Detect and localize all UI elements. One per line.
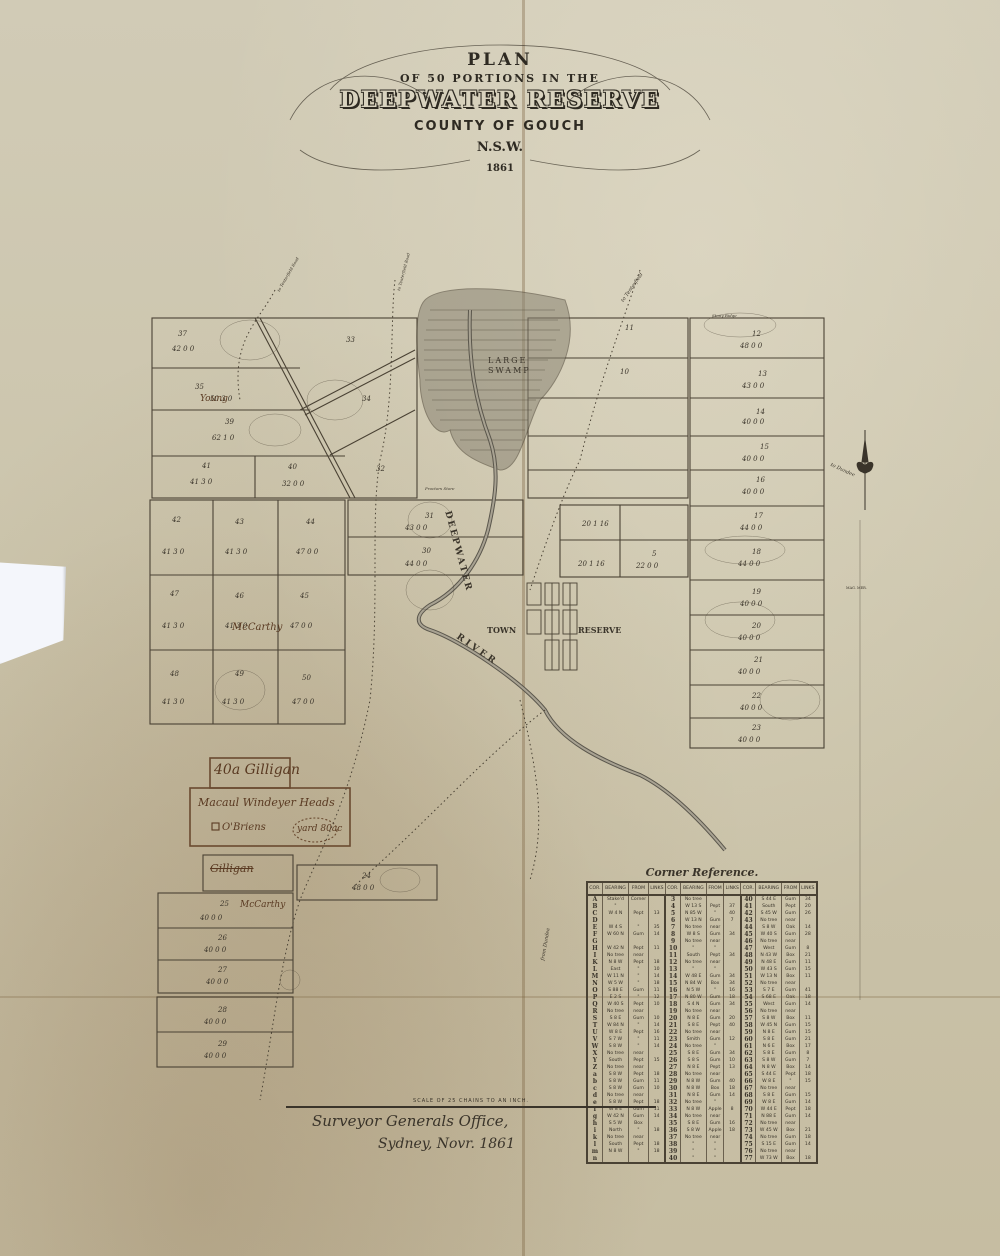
corner-id-cell: 30 <box>665 1085 680 1092</box>
table-cell: N 8 W <box>602 959 628 966</box>
table-cell: Pept <box>629 1071 649 1078</box>
table-row: n40""77W 73 WBox18 <box>587 1155 817 1163</box>
table-cell: Pept <box>706 1022 723 1029</box>
table-cell: 37 <box>724 903 741 910</box>
table-row: iNorth"1836S 8 WApple1873W 45 WBox21 <box>587 1127 817 1134</box>
table-cell: No tree <box>680 924 706 931</box>
table-cell: 7 <box>724 917 741 924</box>
table-cell: Gum <box>782 966 799 973</box>
table-cell <box>629 1155 649 1163</box>
table-row: EW 4 S"357No treenear44S 8 WOak14 <box>587 924 817 931</box>
table-cell <box>724 1155 741 1163</box>
table-cell: 14 <box>724 1092 741 1099</box>
portion-17-number: 17 <box>754 512 763 520</box>
table-cell: N 85 W <box>680 910 706 917</box>
corner-id-cell: U <box>587 1029 602 1036</box>
portion-18-area: 44 0 0 <box>738 560 760 568</box>
corner-id-cell: A <box>587 895 602 903</box>
corner-id-cell: 69 <box>741 1099 756 1106</box>
table-cell: W 73 W <box>756 1155 782 1163</box>
table-cell: " <box>629 924 649 931</box>
table-cell: Gum <box>706 1001 723 1008</box>
table-cell: Pept <box>629 910 649 917</box>
table-cell: No tree <box>680 895 706 903</box>
corner-id-cell: V <box>587 1036 602 1043</box>
table-cell: Gum <box>629 1113 649 1120</box>
portion-24-number: 24 <box>362 872 371 880</box>
table-row: aS 8 WPept1828No treenear65S 44 EPept18 <box>587 1071 817 1078</box>
portion-49-area: 41 3 0 <box>222 698 244 706</box>
proctors-store-label: Proctors Store <box>425 486 455 491</box>
column-header: BEARING <box>680 882 706 895</box>
portion-42-number: 42 <box>172 516 181 524</box>
table-cell <box>724 959 741 966</box>
corner-id-cell: Y <box>587 1057 602 1064</box>
table-cell: Pept <box>629 945 649 952</box>
table-cell: near <box>706 1071 723 1078</box>
portion-47-number: 47 <box>170 590 179 598</box>
table-cell: N 6 E <box>756 1043 782 1050</box>
table-cell: Gum <box>782 1036 799 1043</box>
table-cell: No tree <box>602 1134 628 1141</box>
table-cell <box>706 895 723 903</box>
corner-id-cell: 55 <box>741 1001 756 1008</box>
table-cell: No tree <box>602 1008 628 1015</box>
table-cell: S 68 E <box>756 994 782 1001</box>
table-cell: 35 <box>648 924 665 931</box>
portion-27-number: 27 <box>218 966 227 974</box>
table-cell: 14 <box>648 973 665 980</box>
table-cell: 18 <box>648 980 665 987</box>
corner-id-cell: 68 <box>741 1092 756 1099</box>
young-annotation: Young <box>200 394 228 404</box>
table-cell <box>724 1148 741 1155</box>
corner-id-cell: 62 <box>741 1050 756 1057</box>
portion-37-number: 37 <box>178 330 187 338</box>
table-cell: 15 <box>799 1092 817 1099</box>
table-cell: 11 <box>799 1015 817 1022</box>
table-cell: 17 <box>799 1043 817 1050</box>
portion-14-area: 40 0 0 <box>742 418 764 426</box>
table-cell: " <box>629 1148 649 1155</box>
table-cell: Box <box>629 1120 649 1127</box>
table-cell <box>629 903 649 910</box>
table-cell: " <box>680 1148 706 1155</box>
table-cell <box>648 895 665 903</box>
table-cell: W 43 S <box>756 966 782 973</box>
table-cell: 34 <box>724 1050 741 1057</box>
corner-id-cell: X <box>587 1050 602 1057</box>
corner-id-cell: O <box>587 987 602 994</box>
table-cell: near <box>782 1085 799 1092</box>
portion-5-number: 5 <box>652 550 656 558</box>
column-header: FROM <box>706 882 723 895</box>
table-cell: 20 <box>799 903 817 910</box>
table-row: UW 8 EPept1622No treenear59N 8 EGum15 <box>587 1029 817 1036</box>
corner-id-cell: i <box>587 1127 602 1134</box>
table-cell: 18 <box>648 1148 665 1155</box>
corner-id-cell: N <box>587 980 602 987</box>
table-cell: No tree <box>602 952 628 959</box>
portion-47-area: 41 3 0 <box>162 622 184 630</box>
table-cell: 18 <box>648 1141 665 1148</box>
table-cell: N 8 W <box>680 1078 706 1085</box>
table-cell: No tree <box>680 1043 706 1050</box>
table-cell <box>724 938 741 945</box>
table-cell: 40 <box>724 1022 741 1029</box>
column-header: LINKS <box>724 882 741 895</box>
corner-id-cell: 16 <box>665 987 680 994</box>
table-cell <box>724 924 741 931</box>
portion-29-area: 40 0 0 <box>204 1052 226 1060</box>
table-cell <box>724 1141 741 1148</box>
corner-id-cell: 31 <box>665 1092 680 1099</box>
table-cell: Gum <box>629 1015 649 1022</box>
table-cell: " <box>706 987 723 994</box>
table-row: RNo treenear19No treenear56No treenear <box>587 1008 817 1015</box>
table-cell: 15 <box>799 1078 817 1085</box>
table-row: PE 2 S"1217N 80 WGum1854S 68 EOak18 <box>587 994 817 1001</box>
table-cell: near <box>706 959 723 966</box>
table-cell: " <box>706 1099 723 1106</box>
table-cell: No tree <box>756 938 782 945</box>
table-cell: 11 <box>799 973 817 980</box>
portion-22-number: 22 <box>752 692 761 700</box>
portion-40-number: 40 <box>288 463 297 471</box>
table-cell: 10 <box>648 1001 665 1008</box>
corner-id-cell: 8 <box>665 931 680 938</box>
table-cell: S 8 E <box>602 1015 628 1022</box>
portion-20-number: 20 <box>752 622 761 630</box>
gilligan-annotation: 40a Gilligan <box>214 762 300 778</box>
table-cell: 34 <box>724 980 741 987</box>
portion-11-number: 11 <box>625 324 634 332</box>
table-cell: Pept <box>706 903 723 910</box>
table-cell: " <box>706 1141 723 1148</box>
portion-27-area: 40 0 0 <box>206 978 228 986</box>
stony-ridge-label: Stony Ridge <box>712 313 737 318</box>
mccarthy-annotation-2: McCarthy <box>240 900 285 910</box>
table-cell: Gum <box>706 1036 723 1043</box>
corner-id-cell: 32 <box>665 1099 680 1106</box>
table-cell: Gum <box>706 1057 723 1064</box>
table-cell: " <box>629 1043 649 1050</box>
corner-id-cell: 26 <box>665 1057 680 1064</box>
portion-46-number: 46 <box>235 592 244 600</box>
table-row: lSouthPept1838""75S 15 EGum14 <box>587 1141 817 1148</box>
portion-41-number: 41 <box>202 462 211 470</box>
scale-label: SCALE OF 25 CHAINS TO AN INCH. <box>286 1098 656 1104</box>
table-cell: 12 <box>648 994 665 1001</box>
table-row: G9No treenear46No treenear <box>587 938 817 945</box>
column-header: FROM <box>782 882 799 895</box>
table-cell: Pept <box>706 952 723 959</box>
table-cell: S 8 W <box>602 1071 628 1078</box>
table-cell <box>799 1085 817 1092</box>
table-cell: W 4 S <box>602 924 628 931</box>
table-cell: 10 <box>648 966 665 973</box>
table-cell <box>799 1008 817 1015</box>
table-cell: 14 <box>648 931 665 938</box>
corner-id-cell: K <box>587 959 602 966</box>
table-cell: No tree <box>756 917 782 924</box>
table-cell: 14 <box>799 1001 817 1008</box>
table-cell: Gum <box>782 910 799 917</box>
table-row: ZNo treenear27N 8 EPept1364N 8 WBox14 <box>587 1064 817 1071</box>
table-cell: Pept <box>782 903 799 910</box>
table-row: YSouthPept1526S 8 SGum1063S 8 WGum7 <box>587 1057 817 1064</box>
table-cell: 14 <box>648 1022 665 1029</box>
table-cell: No tree <box>680 938 706 945</box>
yard-annotation: yard 80ac <box>297 824 342 834</box>
corner-id-cell: 28 <box>665 1071 680 1078</box>
table-cell: 11 <box>648 987 665 994</box>
corner-id-cell: 52 <box>741 980 756 987</box>
table-cell: Gum <box>782 945 799 952</box>
corner-id-cell: 42 <box>741 910 756 917</box>
table-cell: Gum <box>629 1078 649 1085</box>
table-cell: 14 <box>799 1141 817 1148</box>
table-cell: Gum <box>706 994 723 1001</box>
table-cell: " <box>782 1078 799 1085</box>
corner-id-cell: 21 <box>665 1022 680 1029</box>
table-cell: W 84 N <box>602 1022 628 1029</box>
portion-48-area: 41 3 0 <box>162 698 184 706</box>
table-cell: 14 <box>648 1043 665 1050</box>
column-header: COR. <box>741 882 756 895</box>
table-cell: S 8 W <box>756 1015 782 1022</box>
table-cell: 18 <box>648 959 665 966</box>
table-cell: 14 <box>799 924 817 931</box>
table-cell: 10 <box>724 1057 741 1064</box>
table-cell: W 8 E <box>756 1078 782 1085</box>
table-cell: 21 <box>799 1036 817 1043</box>
portion-23-area: 40 0 0 <box>738 736 760 744</box>
table-cell: 21 <box>799 1127 817 1134</box>
corner-id-cell: 48 <box>741 952 756 959</box>
table-cell: S 8 E <box>756 1036 782 1043</box>
corner-id-cell: 37 <box>665 1134 680 1141</box>
corner-id-cell: F <box>587 931 602 938</box>
portion-43-area: 41 3 0 <box>225 548 247 556</box>
table-cell: Gum <box>782 1134 799 1141</box>
table-row: AStake'dCorner3No tree40S 44 EGum34 <box>587 895 817 903</box>
table-cell: S 88 E <box>602 987 628 994</box>
town-label: TOWN <box>487 625 516 635</box>
table-cell <box>724 1134 741 1141</box>
portion-19-area: 40 0 0 <box>740 600 762 608</box>
table-cell: South <box>602 1057 628 1064</box>
corner-id-cell: m <box>587 1148 602 1155</box>
table-cell: near <box>629 1050 649 1057</box>
table-cell: S 7 W <box>602 1036 628 1043</box>
portion-16-number: 16 <box>756 476 765 484</box>
table-cell: 20 <box>724 1015 741 1022</box>
portion-30-number: 30 <box>422 547 431 555</box>
mccarthy-annotation: McCarthy <box>232 622 282 633</box>
portion-44-number: 44 <box>306 518 315 526</box>
table-cell: Smith <box>680 1036 706 1043</box>
table-cell: 8 <box>799 945 817 952</box>
table-cell <box>629 917 649 924</box>
table-cell: Gum <box>706 1078 723 1085</box>
table-cell: 26 <box>799 910 817 917</box>
town-reserve-grid <box>527 583 577 670</box>
table-cell: " <box>706 1148 723 1155</box>
table-cell: No tree <box>680 959 706 966</box>
corner-id-cell: a <box>587 1071 602 1078</box>
corner-id-cell: 40 <box>665 1155 680 1163</box>
corner-id-cell: 51 <box>741 973 756 980</box>
table-row: hS 5 WBox35S 8 EGum1672No treenear <box>587 1120 817 1127</box>
table-cell <box>799 1120 817 1127</box>
portion-28-number: 28 <box>218 1006 227 1014</box>
table-cell: near <box>782 1008 799 1015</box>
portion-grid-right <box>528 318 824 748</box>
corner-id-cell: 63 <box>741 1057 756 1064</box>
table-row: NW 5 W"1815N 84 WBox3452No treenear <box>587 980 817 987</box>
table-cell: Gum <box>706 1050 723 1057</box>
table-row: mN 8 W"1839""76No treenear <box>587 1148 817 1155</box>
portion-5-area: 22 0 0 <box>636 562 658 570</box>
table-cell: Gum <box>629 1085 649 1092</box>
table-cell: N 8 W <box>680 1085 706 1092</box>
table-cell: S 8 S <box>680 1057 706 1064</box>
table-cell: 41 <box>799 987 817 994</box>
table-cell <box>724 966 741 973</box>
table-row: bS 8 WGum1129N 8 WGum4066W 8 E"15 <box>587 1078 817 1085</box>
corner-id-cell: 35 <box>665 1120 680 1127</box>
corner-id-cell: 60 <box>741 1036 756 1043</box>
portion-40-area: 32 0 0 <box>282 480 304 488</box>
table-cell: near <box>782 980 799 987</box>
table-cell <box>724 945 741 952</box>
table-cell: South <box>602 1141 628 1148</box>
portion-25-area: 40 0 0 <box>200 914 222 922</box>
table-row: XNo treenear25S 8 EGum3462S 8 EGum8 <box>587 1050 817 1057</box>
table-cell: No tree <box>756 980 782 987</box>
table-cell: No tree <box>680 1113 706 1120</box>
portion-23-number: 23 <box>752 724 761 732</box>
table-cell: No tree <box>756 1120 782 1127</box>
corner-id-cell: 7 <box>665 924 680 931</box>
corner-id-cell: D <box>587 917 602 924</box>
table-cell: W 48 E <box>680 973 706 980</box>
table-cell: Box <box>782 1064 799 1071</box>
corner-id-cell: 34 <box>665 1113 680 1120</box>
table-cell <box>724 1071 741 1078</box>
corner-id-cell: 9 <box>665 938 680 945</box>
table-cell <box>648 1008 665 1015</box>
table-cell: W 44 E <box>756 1106 782 1113</box>
table-cell: West <box>756 945 782 952</box>
table-cell: 18 <box>799 1071 817 1078</box>
table-row: QW 40 SPept1018S 4 NGum3455WestGum14 <box>587 1001 817 1008</box>
table-cell: Apple <box>706 1106 723 1113</box>
corner-id-cell: 57 <box>741 1015 756 1022</box>
table-cell: S 8 E <box>756 1092 782 1099</box>
corner-id-cell: 27 <box>665 1064 680 1071</box>
table-cell: Gum <box>706 917 723 924</box>
portion-15-number: 15 <box>760 443 769 451</box>
corner-id-cell: P <box>587 994 602 1001</box>
portion-35-number: 35 <box>195 383 204 391</box>
table-cell: Gum <box>782 1029 799 1036</box>
north-arrow-icon <box>857 430 873 510</box>
table-cell: Gum <box>629 931 649 938</box>
table-cell: 8 <box>799 1050 817 1057</box>
memo-annotation: Macaul Windeyer Heads <box>198 796 335 809</box>
table-cell: No tree <box>680 1099 706 1106</box>
table-cell: S 4 N <box>680 1001 706 1008</box>
table-cell: Box <box>782 1015 799 1022</box>
portion-49-number: 49 <box>235 670 244 678</box>
corner-id-cell: 71 <box>741 1113 756 1120</box>
table-cell: 34 <box>799 895 817 903</box>
table-cell <box>799 917 817 924</box>
table-cell: Box <box>782 952 799 959</box>
table-cell: Gum <box>782 1001 799 1008</box>
corner-id-cell: 47 <box>741 945 756 952</box>
table-cell: " <box>602 903 628 910</box>
table-cell: Pept <box>629 1001 649 1008</box>
table-cell: 18 <box>648 1071 665 1078</box>
corner-id-cell: H <box>587 945 602 952</box>
corner-id-cell: 75 <box>741 1141 756 1148</box>
corner-id-cell: 10 <box>665 945 680 952</box>
corner-id-cell: S <box>587 1015 602 1022</box>
portion-31-area: 43 0 0 <box>405 524 427 532</box>
table-cell: Corner <box>629 895 649 903</box>
table-cell: 18 <box>799 1134 817 1141</box>
corner-id-cell: 22 <box>665 1029 680 1036</box>
corner-id-cell: Q <box>587 1001 602 1008</box>
table-cell: 11 <box>799 959 817 966</box>
table-cell: " <box>629 980 649 987</box>
portion-12-area: 48 0 0 <box>740 342 762 350</box>
table-cell: N 88 E <box>756 1113 782 1120</box>
corner-id-cell: 24 <box>665 1043 680 1050</box>
corner-id-cell: 77 <box>741 1155 756 1163</box>
table-cell: Gum <box>782 1022 799 1029</box>
table-cell: 16 <box>724 987 741 994</box>
magnetic-meridian-label: MAG. MER. <box>846 586 867 590</box>
table-row: cS 8 WGum1030N 8 WBox1867No treenear <box>587 1085 817 1092</box>
table-cell: No tree <box>680 1008 706 1015</box>
table-cell <box>648 1064 665 1071</box>
table-cell: W 8 S <box>680 931 706 938</box>
column-header: LINKS <box>799 882 817 895</box>
table-cell: 14 <box>799 1113 817 1120</box>
portion-21-area: 40 0 0 <box>738 668 760 676</box>
table-cell: " <box>629 1127 649 1134</box>
table-row: CW 4 NPept135N 85 W"4042S 45 WGum26 <box>587 910 817 917</box>
column-header: BEARING <box>756 882 782 895</box>
portion-44-area: 47 0 0 <box>296 548 318 556</box>
corner-id-cell: 11 <box>665 952 680 959</box>
portion-17-area: 44 0 0 <box>740 524 762 532</box>
table-cell: 15 <box>799 1022 817 1029</box>
table-cell: S 44 E <box>756 1071 782 1078</box>
corner-id-cell: 40 <box>741 895 756 903</box>
portion-43-number: 43 <box>235 518 244 526</box>
table-cell: No tree <box>680 1134 706 1141</box>
table-row: HW 42 NPept1110""47WestGum8 <box>587 945 817 952</box>
title-flourish-ornament <box>290 45 710 170</box>
table-cell <box>648 952 665 959</box>
table-cell: near <box>706 1113 723 1120</box>
table-cell: West <box>756 1001 782 1008</box>
